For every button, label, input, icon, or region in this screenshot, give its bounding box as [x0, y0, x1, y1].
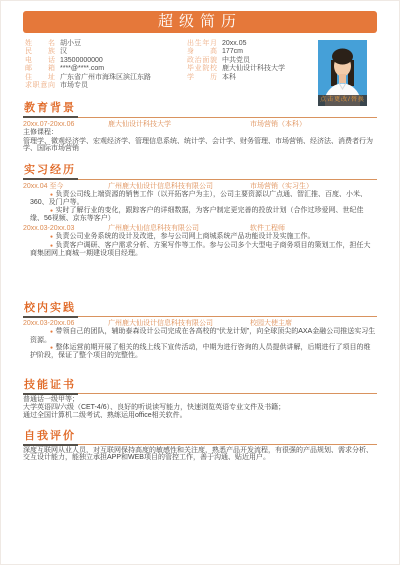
entry-company: 广州鹿大仙设计信息科技有限公司: [108, 182, 250, 191]
section-title-self-evaluation: 自我评价: [23, 426, 78, 446]
section-title-skills: 技能证书: [23, 375, 78, 395]
bullet-item: 负责客户调研、客户需求分析、方案写作等工作。参与公司多个大型电子商务项目的策划工…: [30, 242, 377, 258]
internship-body: 20xx.04 至今 广州鹿大仙设计信息科技有限公司 市场营销（实习生） 负责公…: [23, 182, 377, 258]
info-value: 20xx.05: [222, 40, 247, 48]
info-row-political-status: 政治面貌 中共党员: [187, 57, 317, 65]
entry-company: 广州鹿大仙设计信息科技有限公司: [108, 319, 250, 328]
info-label: 电话: [25, 57, 55, 65]
info-label: 毕业院校: [187, 65, 217, 73]
bullet-item: 整体运营前期开展了相关的线上线下宣传活动，中期为进行咨询的人员提供讲解，后期进行…: [30, 344, 377, 360]
bullet-item: 负责公司线上端资源的销售工作（以开拓客户为主），公司主要资源以广点通、智汇推、百…: [30, 191, 377, 207]
bullet-item: 负责公司业务系统的设计及改进，参与公司网上商城系统产品功能设计及实施工作。: [30, 233, 377, 241]
page-title: 超级简历: [158, 14, 242, 30]
skill-line: 普通话一级甲等；: [23, 396, 377, 403]
section-skills: 技能证书 普通话一级甲等； 大学英语四/六级（CET-4/6）、良好的听说读写能…: [23, 375, 377, 420]
info-label: 邮箱: [25, 65, 55, 73]
education-major: 市场营销（本科）: [250, 120, 377, 129]
education-entry-row: 20xx.07-20xx.06 鹿大仙设计科技大学 市场营销（本科）: [23, 120, 377, 129]
education-school: 鹿大仙设计科技大学: [108, 120, 250, 129]
section-internship: 实习经历 20xx.04 至今 广州鹿大仙设计信息科技有限公司 市场营销（实习生…: [23, 160, 377, 257]
info-label: 民族: [25, 48, 55, 56]
education-body: 20xx.07-20xx.06 鹿大仙设计科技大学 市场营销（本科） 主修课程：…: [23, 120, 377, 153]
info-row-ethnicity: 民族 汉: [25, 48, 185, 56]
info-row-email: 邮箱 ****@****.com: [25, 65, 185, 73]
info-value: 13500000000: [60, 57, 103, 65]
bullet-item: 实时了解行业的变化，跟踪客户的详细数据，为客户制定更完善的投放计划（合作过珍爱网…: [30, 207, 377, 223]
resume-content: 教育背景 20xx.07-20xx.06 鹿大仙设计科技大学 市场营销（本科） …: [23, 98, 377, 461]
section-header: 教育背景: [23, 98, 377, 118]
info-label: 身高: [187, 48, 217, 56]
id-photo: 点击更改/替换: [318, 40, 367, 106]
courses-label: 主修课程：: [23, 129, 377, 136]
resume-page: 超级简历 姓名 胡小豆 民族 汉 电话 13500000000 邮箱 ****@…: [0, 0, 400, 565]
section-title-campus: 校内实践: [23, 298, 78, 318]
info-value: 鹿大仙设计科技大学: [222, 65, 285, 73]
info-value: 177cm: [222, 48, 243, 56]
info-value: 广东省广州市海珠区滨江东路: [60, 74, 151, 82]
skill-line: 大学英语四/六级（CET-4/6）、良好的听说读写能力，快速浏览英语专业文件及书…: [23, 404, 377, 411]
info-row-height: 身高 177cm: [187, 48, 317, 56]
resume-title-bar: 超级简历: [23, 11, 377, 33]
info-label: 政治面貌: [187, 57, 217, 65]
info-label: 学历: [187, 74, 217, 82]
entry-date: 20xx.04 至今: [23, 182, 108, 191]
info-value: 汉: [60, 48, 67, 56]
skill-line: 通过全国计算机二级考试、熟练运用office相关软件。: [23, 412, 377, 419]
section-header: 技能证书: [23, 375, 377, 395]
info-label: 住址: [25, 74, 55, 82]
section-education: 教育背景 20xx.07-20xx.06 鹿大仙设计科技大学 市场营销（本科） …: [23, 98, 377, 152]
section-header: 实习经历: [23, 160, 377, 180]
info-label: 求职意向: [25, 82, 55, 90]
info-row-degree: 学历 本科: [187, 74, 317, 82]
bullet-item: 带领自己的团队，辅助泰森设计公司完成在各高校的“伏龙计划”，向全球顶尖的AXA金…: [30, 328, 377, 344]
section-campus-practice: 校内实践 20xx.03-20xx.06 广州鹿大仙设计信息科技有限公司 校园大…: [23, 298, 377, 360]
section-header: 校内实践: [23, 298, 377, 318]
info-row-job-objective: 求职意向 市场专员: [25, 82, 185, 90]
section-header: 自我评价: [23, 426, 377, 446]
campus-entry-row: 20xx.03-20xx.06 广州鹿大仙设计信息科技有限公司 校园大使主席: [23, 319, 377, 328]
entry-date: 20xx.03-20xx.06: [23, 319, 108, 328]
section-title-internship: 实习经历: [23, 160, 78, 180]
campus-body: 20xx.03-20xx.06 广州鹿大仙设计信息科技有限公司 校园大使主席 带…: [23, 319, 377, 360]
info-row-phone: 电话 13500000000: [25, 57, 185, 65]
info-column-left: 姓名 胡小豆 民族 汉 电话 13500000000 邮箱 ****@****.…: [25, 40, 185, 90]
info-column-right: 出生年月 20xx.05 身高 177cm 政治面貌 中共党员 毕业院校 鹿大仙…: [187, 40, 317, 82]
education-date: 20xx.07-20xx.06: [23, 120, 108, 129]
skills-body: 普通话一级甲等； 大学英语四/六级（CET-4/6）、良好的听说读写能力，快速浏…: [23, 396, 377, 420]
info-value: 中共党员: [222, 57, 250, 65]
section-self-evaluation: 自我评价 深度互联网从业人员，对互联网保持高度的敏感性和关注度，熟悉产品开发流程…: [23, 426, 377, 462]
info-value: ****@****.com: [60, 65, 104, 73]
info-value: 本科: [222, 74, 236, 82]
self-evaluation-body: 深度互联网从业人员，对互联网保持高度的敏感性和关注度，熟悉产品开发流程，有很强的…: [23, 447, 377, 462]
internship-entry-row: 20xx.04 至今 广州鹿大仙设计信息科技有限公司 市场营销（实习生）: [23, 182, 377, 191]
entry-role: 市场营销（实习生）: [250, 182, 377, 191]
self-evaluation-text: 深度互联网从业人员，对互联网保持高度的敏感性和关注度，熟悉产品开发流程，有很强的…: [23, 447, 377, 462]
section-title-education: 教育背景: [23, 98, 78, 118]
info-row-university: 毕业院校 鹿大仙设计科技大学: [187, 65, 317, 73]
info-value: 市场专员: [60, 82, 88, 90]
courses-list: 管理学、微观经济学、宏观经济学、管理信息系统、统计学、会计学、财务管理、市场营销…: [23, 138, 377, 153]
entry-role: 校园大使主席: [250, 319, 377, 328]
info-row-address: 住址 广东省广州市海珠区滨江东路: [25, 74, 185, 82]
